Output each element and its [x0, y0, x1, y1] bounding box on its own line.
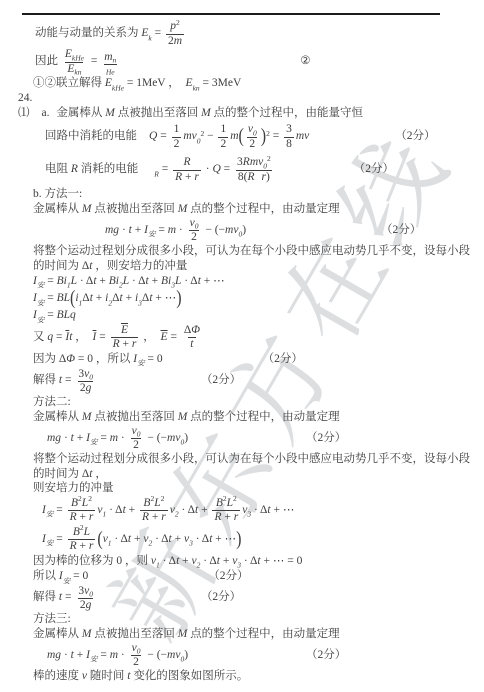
text-run: 点的整个过程中，由动量定理: [187, 411, 339, 425]
fraction: ER + r: [111, 324, 139, 351]
subscript: 3: [138, 298, 142, 307]
text-run: +: [93, 292, 105, 306]
text-run: 2: [133, 656, 139, 669]
method2-intro: 金属棒从 M 点被抛出至落回 M 点的整个过程中，由动量定理: [0, 410, 484, 425]
text-run: =: [44, 309, 56, 323]
text-run: ①②联立解得: [33, 77, 105, 91]
solve-time-eq-1: 解得 t = 3v02g（2分）: [0, 368, 484, 395]
text-run: ·: [118, 649, 128, 663]
italic-var: R: [113, 338, 120, 351]
text-run: =: [96, 331, 108, 345]
text-run: + ⋯: [201, 275, 225, 289]
italic-var: Bi: [109, 275, 119, 289]
italic-var: R: [248, 171, 255, 184]
superscript: 2: [161, 495, 165, 504]
text-run: 点被抛出至落回: [91, 411, 177, 425]
segment2-explanation-2: 的时间为 Δt ，: [0, 468, 484, 482]
momentum-theorem-eq-1: mg · t + I安 = m · v02 − (−mv0)（2分）: [0, 217, 484, 244]
subscript: 1: [102, 510, 106, 519]
text-run: a.: [42, 107, 53, 121]
text-run: =: [221, 163, 233, 177]
superscript: 2: [176, 19, 180, 28]
part1a-intro: ⑴a. 金属棒从 M 点被抛出至落回 M 点的整个过程中，由能量守恒: [0, 106, 484, 121]
fraction-denominator: R + r: [140, 510, 168, 524]
text-run: +: [172, 533, 184, 547]
text-run: = 1MeV ，: [124, 77, 186, 91]
subscript: 3: [189, 539, 193, 548]
subscript: 2: [175, 510, 179, 519]
subscript: 安: [63, 576, 71, 585]
text-run: 因为棒的位移为 0 ，则: [33, 555, 151, 569]
fraction: EkHeEkn: [63, 48, 86, 75]
text-run: · Δ: [106, 504, 122, 518]
italic-var: B: [143, 497, 150, 510]
spacer: [97, 381, 201, 382]
simultaneous-solution-line: ①②联立解得 EkHe = 1MeV ， Ekn = 3MeV: [0, 76, 484, 92]
subscript: 0: [238, 230, 242, 239]
overbar-group: E: [161, 331, 168, 345]
text-run: 点的整个过程中，由动量定理: [187, 203, 339, 217]
text-run: − (−: [202, 224, 225, 238]
text-run: 将整个运动过程划分成很多小段，可认为在每个小段中感应电动势几乎不变，设每小段: [33, 453, 470, 467]
text-run: =: [53, 331, 65, 345]
italic-var: mv: [167, 649, 180, 663]
italic-var: Rmv: [243, 156, 263, 169]
circuit-energy-equation: 回路中消耗的电能Q = 12mv02 − 12m(v02)2 = 38mv（2分…: [0, 121, 484, 153]
fraction-numerator: p2: [168, 20, 182, 33]
spacer: [188, 438, 306, 439]
subscript: 3: [237, 561, 241, 570]
superscript: 2: [88, 495, 92, 504]
fraction-numerator: v0: [188, 217, 201, 230]
spacer: [97, 598, 201, 599]
italic-var: M: [178, 628, 188, 642]
italic-var: R: [183, 156, 190, 169]
subscript: k: [148, 33, 151, 42]
text-run: ，: [140, 331, 160, 345]
fraction-numerator: B2L: [71, 526, 92, 539]
fraction-numerator: v0: [130, 425, 143, 438]
method3-label: 方法三:: [0, 612, 484, 627]
italic-var: mg: [105, 224, 119, 238]
fraction: 3v02g: [76, 368, 95, 395]
text-run: +: [221, 511, 233, 524]
text-run: +: [149, 275, 161, 289]
text-run: 动能与动量的关系为: [35, 27, 141, 41]
text-run: （2分）: [306, 649, 346, 663]
superscript: 2: [233, 495, 237, 504]
italic-var: m: [168, 224, 176, 238]
italic-var: B: [216, 497, 223, 510]
subscript: 1: [108, 539, 112, 548]
italic-var: M: [82, 628, 92, 642]
fraction-denominator: 2: [131, 655, 141, 669]
superscript: 2: [266, 129, 270, 138]
text-run: =: [88, 55, 100, 69]
spacer: [188, 655, 306, 656]
text-run: ⑴: [18, 107, 30, 121]
italic-var: M: [178, 203, 188, 217]
text-run: （2分）: [208, 570, 248, 584]
italic-var: E: [161, 331, 168, 345]
spacer: [88, 577, 208, 578]
text-run: Δ: [82, 292, 89, 306]
method1-label: b. 方法一:: [0, 187, 484, 202]
subscript: n: [113, 56, 117, 65]
kinetic-momentum-relation: 动能与动量的关系为 Ek = p22m: [0, 20, 484, 48]
subscript: kHe: [72, 54, 84, 63]
text-run: 解得: [33, 374, 59, 388]
italic-var: R: [70, 511, 77, 524]
text-run: =: [155, 224, 167, 238]
italic-var: mv: [167, 432, 180, 446]
italic-var: BLq: [57, 309, 76, 323]
superscript: 2: [223, 495, 227, 504]
text-run: =: [159, 163, 171, 177]
fraction: B2L2R + r: [68, 497, 96, 524]
italic-var: r: [89, 511, 93, 524]
text-run: ·: [61, 649, 71, 663]
italic-var: E: [105, 77, 112, 91]
text-run: = 3MeV: [200, 77, 242, 91]
italic-var: L: [84, 526, 90, 539]
text-run: （2分）: [201, 374, 241, 388]
subscript: kn: [193, 83, 200, 92]
text-run: 因为 Δ: [33, 353, 66, 367]
fraction: B2LR + r: [68, 526, 96, 553]
superscript: 2: [150, 495, 154, 504]
text-run: （2分）: [395, 130, 435, 144]
italic-var: g: [86, 382, 92, 395]
fraction-denominator: 2: [189, 230, 199, 244]
fraction-numerator: EkHe: [63, 48, 86, 61]
document-lines-container: 动能与动量的关系为 Ek = p22m因此 EkHeEkn = mnHe②①②联…: [0, 20, 484, 684]
text-run: 点被抛出至落回: [91, 628, 177, 642]
fraction-denominator: He: [104, 64, 117, 74]
subscript: 1: [156, 561, 160, 570]
text-run: 解得: [33, 591, 59, 605]
fraction-numerator: B2L2: [69, 497, 94, 510]
text-run: · Δ: [181, 275, 197, 289]
fraction: 3Rmv028(Rr): [235, 156, 273, 183]
italic-var: r: [161, 511, 165, 524]
segment2-explanation-1: 将整个运动过程划分成很多小段，可认为在每个小段中感应电动势几乎不变，设每小段: [0, 453, 484, 468]
fraction-denominator: R + r: [111, 337, 139, 351]
text-run: 的时间为 Δ: [33, 260, 89, 274]
question-24-label: 24.: [0, 92, 484, 106]
text-run: =: [53, 533, 65, 547]
segment-explanation-2: 的时间为 Δt ，则安培力的冲量: [0, 259, 484, 274]
document-page: 动能与动量的关系为 Ek = p22m因此 EkHeEkn = mnHe②①②联…: [0, 13, 484, 684]
italic-var: M: [105, 107, 115, 121]
subscript: 3: [171, 281, 175, 290]
fraction-denominator: 8: [284, 137, 294, 151]
subscript: 安: [148, 230, 156, 239]
average-current-equation: 又 q = It ， I = ER + r ， E = ΔΦt: [0, 324, 484, 352]
subscript: 2: [119, 281, 123, 290]
text-run: ·: [119, 224, 129, 238]
page-top-rule: [22, 13, 440, 15]
fraction-denominator: 2: [247, 137, 257, 151]
fraction-denominator: R + r: [68, 510, 96, 524]
italic-var: M: [178, 411, 188, 425]
italic-var: mv: [296, 130, 309, 144]
ampere-impulse-label: 则安培力的冲量: [0, 482, 484, 496]
fraction-denominator: R + r: [68, 539, 96, 553]
fraction: 12: [172, 123, 182, 150]
fraction: p22m: [166, 20, 184, 47]
text-run: +: [74, 432, 86, 446]
text-run: 电阻: [45, 163, 71, 177]
text-run: − (−: [144, 649, 167, 663]
subscript: 0: [253, 129, 257, 138]
text-run: =: [270, 130, 282, 144]
italic-var: g: [86, 599, 92, 612]
text-run: （2分）: [381, 224, 421, 238]
text-run: +: [132, 224, 144, 238]
subscript: 0: [89, 373, 93, 382]
big-paren: ): [176, 287, 181, 311]
ampere-impulse-eq-3: I安 = BLq: [0, 309, 484, 324]
text-run: =: [152, 27, 164, 41]
text-run: （2分）: [201, 591, 241, 605]
flux-zero-conclusion: 因为 ΔΦ = 0 ，所以 I安 = 0（2分）: [0, 352, 484, 368]
italic-var: R: [71, 163, 78, 177]
text-run: （2分）: [263, 353, 303, 367]
fraction: v02: [246, 123, 259, 150]
fraction-denominator: t: [188, 337, 195, 351]
italic-var: E: [186, 77, 193, 91]
text-run: 金属棒从: [56, 107, 105, 121]
italic-var: mg: [47, 649, 61, 663]
subscript: 2: [197, 561, 201, 570]
text-run: 将整个运动过程划分成很多小段，可认为在每个小段中感应电动势几乎不变，设每小段: [33, 245, 470, 259]
italic-var: m: [104, 51, 112, 64]
subscript: 安: [46, 539, 54, 548]
text-run: ，: [72, 331, 92, 345]
text-run: +: [220, 555, 232, 569]
big-paren: ): [236, 528, 241, 552]
text-run: 点的整个过程中，由动量定理: [187, 628, 339, 642]
fraction-numerator: 1: [172, 123, 182, 136]
fraction-numerator: ΔΦ: [182, 324, 202, 337]
subscript: kn: [74, 68, 81, 77]
text-run: · Δ: [251, 504, 267, 518]
fraction-denominator: Ekn: [65, 62, 83, 76]
text-run: Δ: [112, 292, 119, 306]
italic-var: R: [70, 540, 77, 553]
so-impulse-zero-line: 所以 I安 = 0（2分）: [0, 570, 484, 585]
italic-var: M: [201, 107, 211, 121]
text-run: +: [149, 511, 161, 524]
italic-var: E: [141, 27, 148, 41]
subscript: 0: [89, 590, 93, 599]
text-run: 金属棒从: [33, 203, 82, 217]
text-run: 24.: [18, 92, 32, 106]
text-run: · Δ: [193, 533, 209, 547]
text-run: +: [131, 533, 143, 547]
subscript: 安: [46, 510, 54, 519]
text-run: 方法二:: [33, 396, 71, 410]
ampere-impulse2-eq-2: I安 = B2LR + r(v1 · Δt + v2 · Δt + v3 · Δ…: [0, 526, 484, 554]
fraction-denominator: 2g: [78, 598, 94, 612]
fraction-denominator: 2: [131, 438, 141, 452]
text-run: =: [53, 504, 65, 518]
text-run: 8(: [238, 171, 248, 184]
text-run: = 0: [145, 353, 163, 367]
fraction-numerator: E: [119, 324, 130, 337]
italic-var: B: [71, 497, 78, 510]
text-run: +: [120, 338, 132, 351]
fraction-denominator: 8(Rr): [236, 170, 272, 184]
fraction-numerator: 3v0: [76, 368, 95, 381]
italic-var: R: [175, 171, 182, 184]
fraction-numerator: v0: [246, 123, 259, 136]
text-run: = 0: [70, 570, 88, 584]
italic-var: E: [65, 48, 72, 61]
fraction: v02: [130, 642, 143, 669]
fraction-numerator: 3: [284, 123, 294, 136]
overbar-group: E: [121, 324, 128, 337]
text-run: · Δ: [152, 533, 168, 547]
text-run: =: [97, 432, 109, 446]
text-run: 方法三:: [33, 613, 71, 627]
text-run: +: [198, 504, 210, 518]
text-run: · Δ: [200, 555, 216, 569]
text-run: 所以: [33, 570, 59, 584]
superscript: 2: [80, 524, 84, 533]
text-run: 2: [220, 138, 226, 151]
velocity-graph-note: 棒的速度 v 随时间 t 变化的图象如图所示。: [0, 669, 484, 684]
text-run: =: [44, 275, 56, 289]
text-run: ·: [61, 432, 71, 446]
text-run: 回路中消耗的电能: [45, 130, 137, 144]
italic-var: B: [73, 526, 80, 539]
fraction-denominator: R + r: [173, 170, 201, 184]
text-run: −: [204, 130, 216, 144]
text-run: + ⋯: [271, 504, 295, 518]
fraction-numerator: R: [181, 156, 192, 169]
fraction-denominator: 2g: [78, 381, 94, 395]
fraction-numerator: 1: [218, 123, 228, 136]
text-run: ，则安培力的冲量: [92, 260, 187, 274]
text-run: 消耗的电能: [78, 163, 138, 177]
text-run: 8: [286, 138, 292, 151]
subscript: 安: [137, 359, 145, 368]
subscript: 0: [195, 223, 199, 232]
italic-var: Bi: [57, 275, 67, 289]
text-run: 2: [174, 138, 180, 151]
italic-var: m: [230, 130, 238, 144]
text-run: 1: [174, 123, 180, 136]
spacer: [255, 177, 262, 178]
text-run: 2: [133, 439, 139, 452]
text-run: Δ: [184, 324, 191, 337]
resistor-energy-equation: 电阻 R 消耗的电能R = RR + r · Q = 3Rmv028(Rr)（2…: [0, 153, 484, 187]
superscript: 2: [200, 129, 204, 138]
text-run: 点被抛出至落回: [91, 203, 177, 217]
italic-var: Q: [149, 130, 157, 144]
text-run: 3: [286, 123, 292, 136]
italic-var: mv: [225, 224, 238, 238]
subscript: R: [154, 169, 159, 178]
spacer: [275, 170, 354, 171]
fraction: v02: [188, 217, 201, 244]
subscript: 1: [79, 298, 83, 307]
text-run: 又: [33, 331, 47, 345]
italic-var: E: [121, 324, 128, 337]
text-run: Δ: [142, 292, 149, 306]
text-run: +: [123, 292, 135, 306]
energy-ratio-equation: 因此 EkHeEkn = mnHe②: [0, 48, 484, 76]
italic-var: M: [82, 203, 92, 217]
fraction-denominator: 2: [218, 137, 228, 151]
fraction-denominator: 2: [172, 137, 182, 151]
ampere-impulse2-eq-1: I安 = B2L2R + rv1 · Δt + B2L2R + rv2 · Δt…: [0, 496, 484, 526]
text-run: ·: [118, 432, 128, 446]
italic-var: r: [234, 511, 238, 524]
big-paren: (: [239, 125, 244, 149]
text-run: =: [97, 649, 109, 663]
italic-var: E: [67, 63, 74, 76]
subscript: 2: [148, 539, 152, 548]
italic-var: m: [174, 35, 182, 48]
subscript: 0: [263, 162, 267, 171]
text-run: 2: [191, 231, 197, 244]
method1-intro: 金属棒从 M 点被抛出至落回 M 点的整个过程中，由动量定理: [0, 202, 484, 217]
text-run: ·: [203, 163, 213, 177]
italic-var: Φ: [66, 353, 75, 367]
subscript: 3: [247, 510, 251, 519]
text-run: ): [266, 171, 270, 184]
italic-var: BL: [57, 292, 70, 306]
italic-var: M: [82, 411, 92, 425]
text-run: +: [179, 555, 191, 569]
method2-label: 方法二:: [0, 395, 484, 410]
text-run: +: [97, 275, 109, 289]
text-run: =: [168, 331, 180, 345]
italic-var: Bi: [161, 275, 171, 289]
text-run: 金属棒从: [33, 411, 82, 425]
fraction: 3v02g: [76, 585, 95, 612]
fraction: B2L2R + r: [140, 497, 168, 524]
text-run: =: [62, 374, 74, 388]
text-run: · Δ: [241, 555, 257, 569]
italic-var: R: [214, 511, 221, 524]
text-run: · Δ: [179, 504, 195, 518]
fraction-numerator: 3Rmv02: [235, 156, 273, 169]
momentum-theorem-eq-3: mg · t + I安 = m · v02 − (−mv0)（2分）: [0, 642, 484, 669]
italic-var: r: [89, 540, 93, 553]
spacer: [137, 137, 149, 138]
solve-time-eq-2: 解得 t = 3v02g（2分）: [0, 585, 484, 612]
spacer: [163, 359, 263, 360]
text-run: +: [182, 171, 194, 184]
spacer: [30, 113, 42, 114]
italic-var: R: [142, 511, 149, 524]
italic-var: t: [190, 338, 193, 351]
italic-var: r: [194, 171, 198, 184]
fraction: mnHe: [102, 51, 118, 74]
text-run: + ⋯ = 0: [261, 555, 303, 569]
text-run: 点被抛出至落回: [115, 107, 201, 121]
text-run: ②: [300, 55, 310, 69]
text-run: 则安培力的冲量: [33, 482, 114, 496]
fraction: 38: [284, 123, 294, 150]
subscript: 安: [90, 655, 98, 664]
text-run: − (−: [144, 432, 167, 446]
italic-var: m: [110, 432, 118, 446]
